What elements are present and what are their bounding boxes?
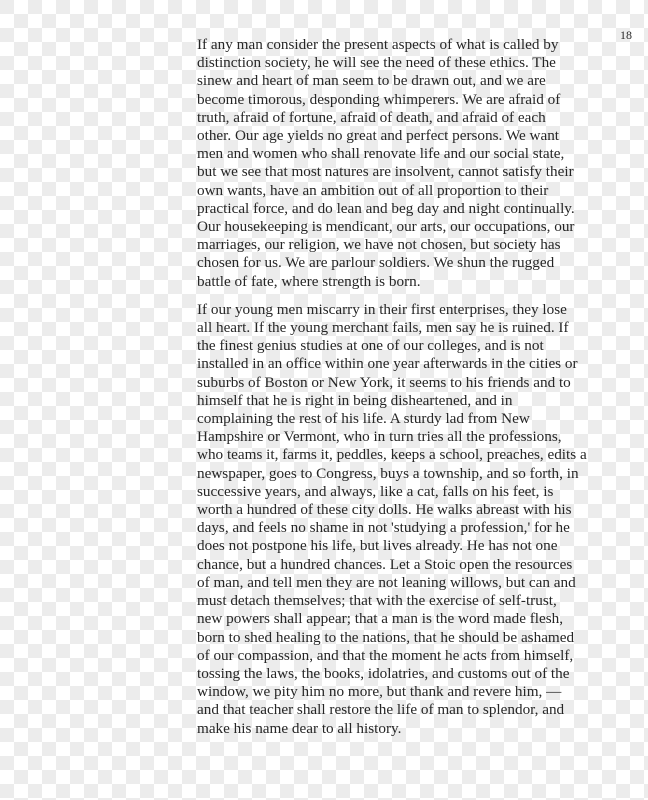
text-line: Our housekeeping is mendicant, our arts,… xyxy=(197,218,617,236)
text-line: chance, but a hundred chances. Let a Sto… xyxy=(197,556,617,574)
text-line: and that teacher shall restore the life … xyxy=(197,701,617,719)
text-line: who teams it, farms it, peddles, keeps a… xyxy=(197,446,617,464)
text-line: own wants, have an ambition out of all p… xyxy=(197,182,617,200)
text-line: suburbs of Boston or New York, it seems … xyxy=(197,374,617,392)
text-line: does not postpone his life, but lives al… xyxy=(197,537,617,555)
text-line: window, we pity him no more, but thank a… xyxy=(197,683,617,701)
text-line: tossing the laws, the books, idolatries,… xyxy=(197,665,617,683)
text-line: sinew and heart of man seem to be drawn … xyxy=(197,72,617,90)
text-line: If our young men miscarry in their first… xyxy=(197,301,617,319)
text-line: newspaper, goes to Congress, buys a town… xyxy=(197,465,617,483)
text-line: days, and feels no shame in not 'studyin… xyxy=(197,519,617,537)
text-line: of our compassion, and that the moment h… xyxy=(197,647,617,665)
page-number: 18 xyxy=(620,28,632,43)
text-line: truth, afraid of fortune, afraid of deat… xyxy=(197,109,617,127)
text-line: battle of fate, where strength is born. xyxy=(197,273,617,291)
text-line: other. Our age yields no great and perfe… xyxy=(197,127,617,145)
text-line: worth a hundred of these city dolls. He … xyxy=(197,501,617,519)
text-line: practical force, and do lean and beg day… xyxy=(197,200,617,218)
text-line: installed in an office within one year a… xyxy=(197,355,617,373)
text-line: If any man consider the present aspects … xyxy=(197,36,617,54)
text-line: of man, and tell men they are not leanin… xyxy=(197,574,617,592)
text-line: become timorous, desponding whimperers. … xyxy=(197,91,617,109)
text-line: new powers shall appear; that a man is t… xyxy=(197,610,617,628)
text-line: the finest genius studies at one of our … xyxy=(197,337,617,355)
text-line: distinction society, he will see the nee… xyxy=(197,54,617,72)
text-line: make his name dear to all history. xyxy=(197,720,617,738)
text-line: chosen for us. We are parlour soldiers. … xyxy=(197,254,617,272)
text-line: marriages, our religion, we have not cho… xyxy=(197,236,617,254)
text-line: born to shed healing to the nations, tha… xyxy=(197,629,617,647)
text-line: successive years, and always, like a cat… xyxy=(197,483,617,501)
text-line: all heart. If the young merchant fails, … xyxy=(197,319,617,337)
text-line: must detach themselves; that with the ex… xyxy=(197,592,617,610)
document-body: If any man consider the present aspects … xyxy=(197,36,617,748)
text-line: men and women who shall renovate life an… xyxy=(197,145,617,163)
paragraph-2: If our young men miscarry in their first… xyxy=(197,301,617,738)
text-line: Hampshire or Vermont, who in turn tries … xyxy=(197,428,617,446)
text-line: but we see that most natures are insolve… xyxy=(197,163,617,181)
text-line: himself that he is right in being dishea… xyxy=(197,392,617,410)
text-line: complaining the rest of his life. A stur… xyxy=(197,410,617,428)
paragraph-1: If any man consider the present aspects … xyxy=(197,36,617,291)
